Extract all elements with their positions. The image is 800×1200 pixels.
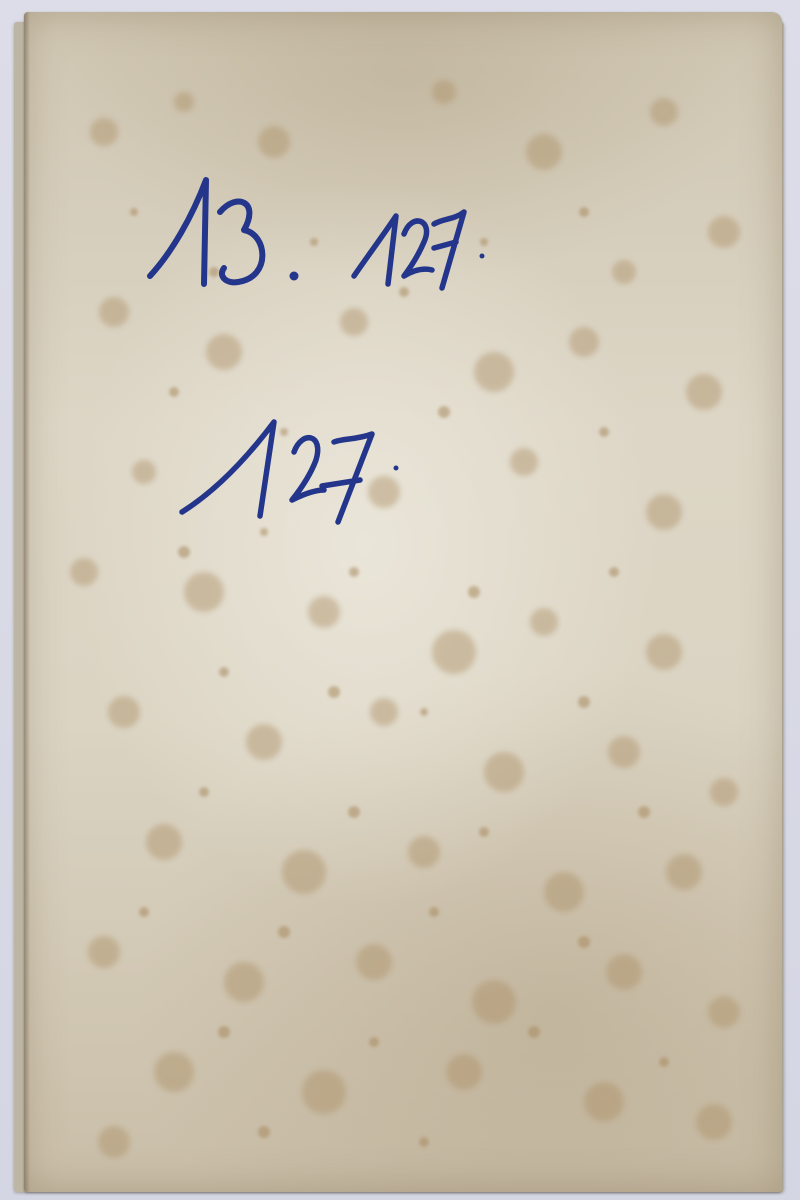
number-ink <box>174 412 414 527</box>
paper-cover: 13. 127. 127. <box>24 12 782 1192</box>
shelfmark-ink <box>142 172 502 292</box>
handwritten-shelfmark: 13. 127. <box>142 172 502 292</box>
handwritten-number: 127. <box>174 412 414 527</box>
